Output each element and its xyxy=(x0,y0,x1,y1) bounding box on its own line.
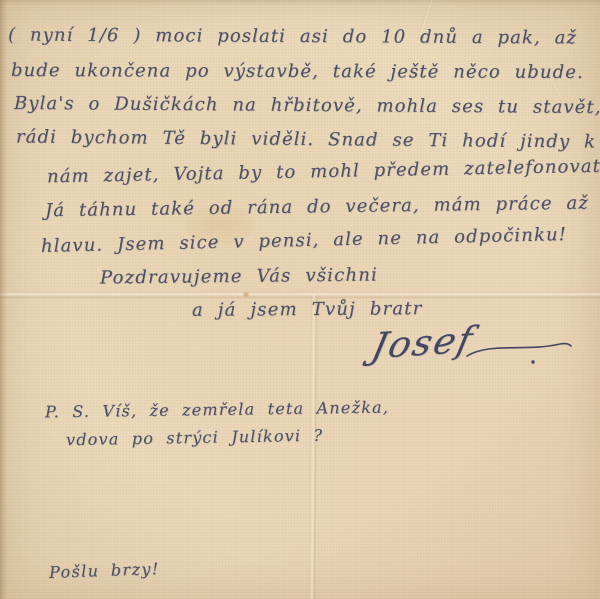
ps-line-2: vdova po strýci Julíkovi ? xyxy=(66,428,324,448)
letter-line-6: Já táhnu také od rána do večera, mám prá… xyxy=(45,194,600,220)
footer-note: Pošlu brzy! xyxy=(49,561,160,581)
signature-flourish-icon xyxy=(465,334,575,368)
signature: Josef xyxy=(373,326,573,378)
closing-line-2: a já jsem Tvůj bratr xyxy=(192,300,423,320)
paper-left-edge xyxy=(0,0,7,599)
signature-text: Josef xyxy=(368,323,477,366)
paper-top-edge xyxy=(0,0,600,6)
letter-line-2: bude ukončena po výstavbě, také ještě ně… xyxy=(11,62,584,82)
letter-line-7: hlavu. Jsem sice v pensi, ale ne na odpo… xyxy=(41,226,567,256)
horizontal-fold-crease xyxy=(0,291,600,299)
letter-line-3: Byla's o Dušičkách na hřbitově, mohla se… xyxy=(14,95,600,117)
vertical-fold-crease xyxy=(309,295,318,599)
letter-line-4: rádi bychom Tě byli viděli. Snad se Ti h… xyxy=(16,128,596,151)
letter-line-5: nám zajet, Vojta by to mohl předem zatel… xyxy=(47,158,600,187)
letter-paper: ( nyní 1/6 ) moci poslati asi do 10 dnů … xyxy=(0,0,600,599)
closing-line-1: Pozdravujeme Vás všichni xyxy=(100,267,378,288)
letter-line-1: ( nyní 1/6 ) moci poslati asi do 10 dnů … xyxy=(8,27,577,48)
ps-line-1: P. S. Víš, že zemřela teta Anežka, xyxy=(45,400,389,421)
